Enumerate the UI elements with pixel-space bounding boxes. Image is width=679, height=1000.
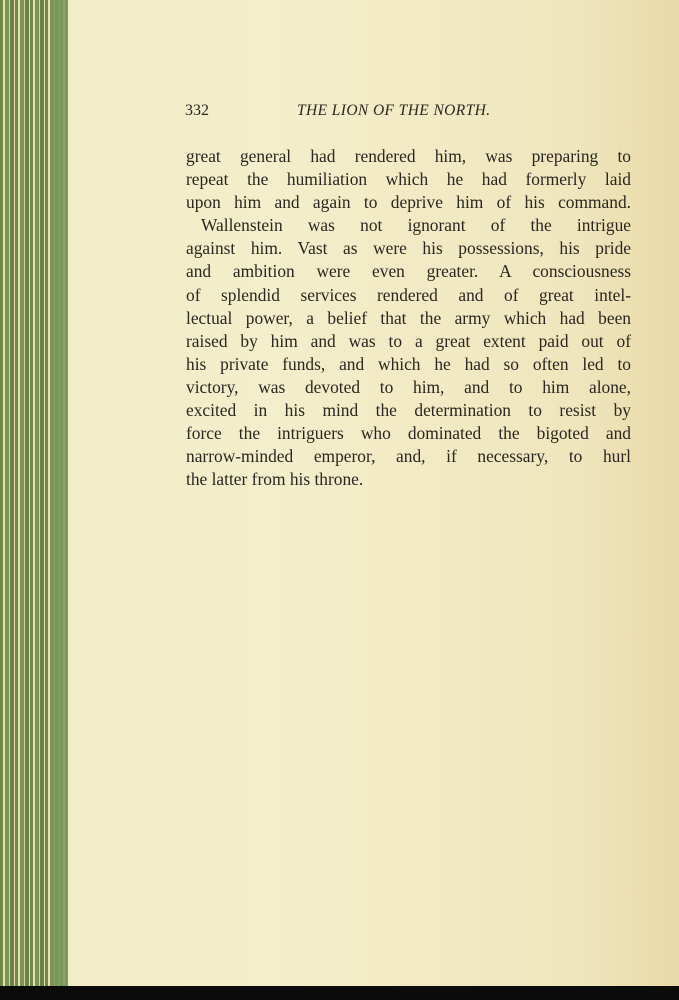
text-line: against him. Vast as were his possession… bbox=[186, 237, 631, 260]
text-line: force the intriguers who dominated the b… bbox=[186, 422, 631, 445]
text-line: great general had rendered him, was prep… bbox=[186, 145, 631, 168]
page-number: 332 bbox=[185, 102, 209, 120]
text-line: his private funds, and which he had so o… bbox=[186, 353, 631, 376]
text-line-paragraph-start: Wallenstein was not ignorant of the intr… bbox=[186, 214, 631, 237]
text-line: of splendid services rendered and of gre… bbox=[186, 284, 631, 307]
text-line: upon him and again to deprive him of his… bbox=[186, 191, 631, 214]
page-header: 332 THE LION OF THE NORTH. bbox=[185, 102, 635, 124]
text-line-paragraph-end: the latter from his throne. bbox=[186, 468, 631, 491]
body-text: great general had rendered him, was prep… bbox=[186, 145, 631, 491]
text-line: lectual power, a belief that the army wh… bbox=[186, 307, 631, 330]
text-line: raised by him and was to a great extent … bbox=[186, 330, 631, 353]
text-line: victory, was devoted to him, and to him … bbox=[186, 376, 631, 399]
text-line: and ambition were even greater. A consci… bbox=[186, 260, 631, 283]
text-line: repeat the humiliation which he had form… bbox=[186, 168, 631, 191]
stacked-page-edges bbox=[0, 0, 68, 988]
book-page: 332 THE LION OF THE NORTH. great general… bbox=[0, 0, 679, 988]
running-title: THE LION OF THE NORTH. bbox=[297, 102, 491, 120]
scanner-shadow bbox=[0, 986, 679, 1000]
text-line: excited in his mind the determination to… bbox=[186, 399, 631, 422]
text-line: narrow-minded emperor, and, if necessary… bbox=[186, 445, 631, 468]
